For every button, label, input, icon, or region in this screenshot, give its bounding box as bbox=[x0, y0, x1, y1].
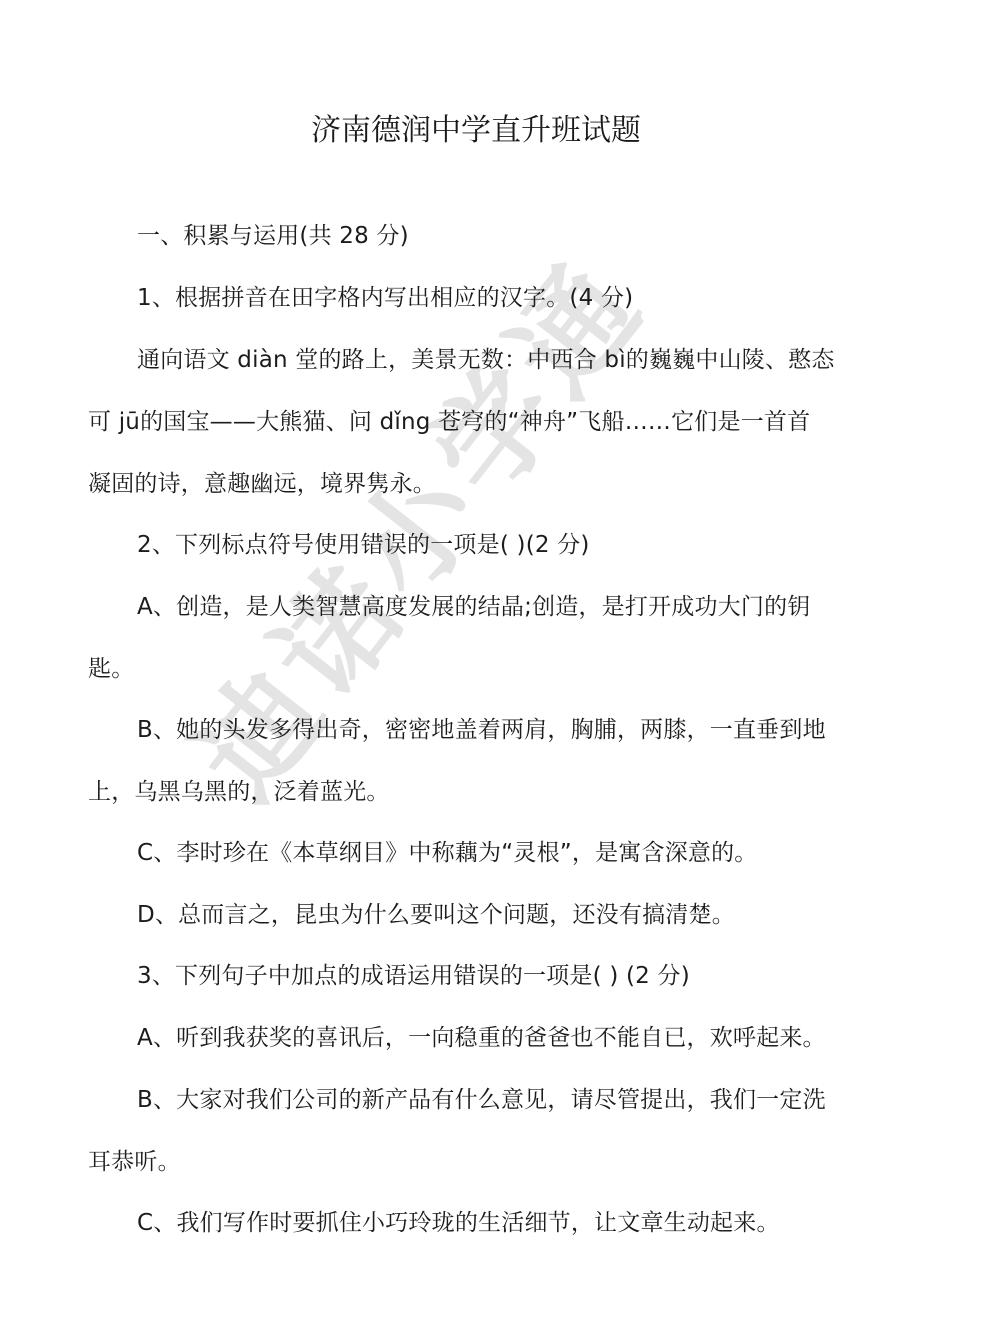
option-a-line-1: A、创造，是人类智慧高度发展的结晶;创造，是打开成功大门的钥 bbox=[88, 576, 864, 638]
question-2-text: 2、下列标点符号使用错误的一项是( )(2 分) bbox=[88, 514, 864, 576]
q3-option-b-line-2: 耳恭听。 bbox=[88, 1131, 864, 1193]
question-3-option-b: B、大家对我们公司的新产品有什么意见，请尽管提出，我们一定洗 耳恭听。 bbox=[88, 1069, 864, 1193]
option-a-line-2: 匙。 bbox=[88, 638, 864, 700]
option-b-line-2: 上，乌黑乌黑的，泛着蓝光。 bbox=[88, 761, 864, 823]
question-3-option-c: C、我们写作时要抓住小巧玲珑的生活细节，让文章生动起来。 bbox=[88, 1192, 864, 1254]
q3-option-a-text: A、听到我获奖的喜讯后，一向稳重的爸爸也不能自已，欢呼起来。 bbox=[88, 1007, 864, 1069]
section-heading: 一、积累与运用(共 28 分) bbox=[88, 205, 864, 267]
question-3-option-a: A、听到我获奖的喜讯后，一向稳重的爸爸也不能自已，欢呼起来。 bbox=[88, 1007, 864, 1069]
q3-option-b-line-1: B、大家对我们公司的新产品有什么意见，请尽管提出，我们一定洗 bbox=[88, 1069, 864, 1131]
page-title: 济南德润中学直升班试题 bbox=[88, 111, 864, 151]
question-1-text: 1、根据拼音在田字格内写出相应的汉字。(4 分) bbox=[88, 267, 864, 329]
passage-line-2: 可 jū的国宝——大熊猫、问 dǐng 苍穹的“神舟”飞船……它们是一首首 bbox=[88, 391, 864, 453]
q3-option-c-text: C、我们写作时要抓住小巧玲珑的生活细节，让文章生动起来。 bbox=[88, 1192, 864, 1254]
option-c-text: C、李时珍在《本草纲目》中称藕为“灵根”，是寓含深意的。 bbox=[88, 822, 864, 884]
question-3-text: 3、下列句子中加点的成语运用错误的一项是( ) (2 分) bbox=[88, 945, 864, 1007]
question-3-prompt: 3、下列句子中加点的成语运用错误的一项是( ) (2 分) bbox=[88, 945, 864, 1007]
question-2-option-d: D、总而言之，昆虫为什么要叫这个问题，还没有搞清楚。 bbox=[88, 884, 864, 946]
section-heading-text: 一、积累与运用(共 28 分) bbox=[88, 205, 864, 267]
option-d-text: D、总而言之，昆虫为什么要叫这个问题，还没有搞清楚。 bbox=[88, 884, 864, 946]
question-2-option-c: C、李时珍在《本草纲目》中称藕为“灵根”，是寓含深意的。 bbox=[88, 822, 864, 884]
question-1-prompt: 1、根据拼音在田字格内写出相应的汉字。(4 分) bbox=[88, 267, 864, 329]
option-b-line-1: B、她的头发多得出奇，密密地盖着两肩，胸脯，两膝，一直垂到地 bbox=[88, 699, 864, 761]
question-2-option-b: B、她的头发多得出奇，密密地盖着两肩，胸脯，两膝，一直垂到地 上，乌黑乌黑的，泛… bbox=[88, 699, 864, 823]
question-2-prompt: 2、下列标点符号使用错误的一项是( )(2 分) bbox=[88, 514, 864, 576]
question-2-option-a: A、创造，是人类智慧高度发展的结晶;创造，是打开成功大门的钥 匙。 bbox=[88, 576, 864, 700]
passage-line-1: 通向语文 diàn 堂的路上，美景无数：中西合 bì的巍巍中山陵、憨态 bbox=[88, 329, 864, 391]
passage-line-3: 凝固的诗，意趣幽远，境界隽永。 bbox=[88, 453, 864, 515]
question-1-passage: 通向语文 diàn 堂的路上，美景无数：中西合 bì的巍巍中山陵、憨态 可 jū… bbox=[88, 329, 864, 515]
